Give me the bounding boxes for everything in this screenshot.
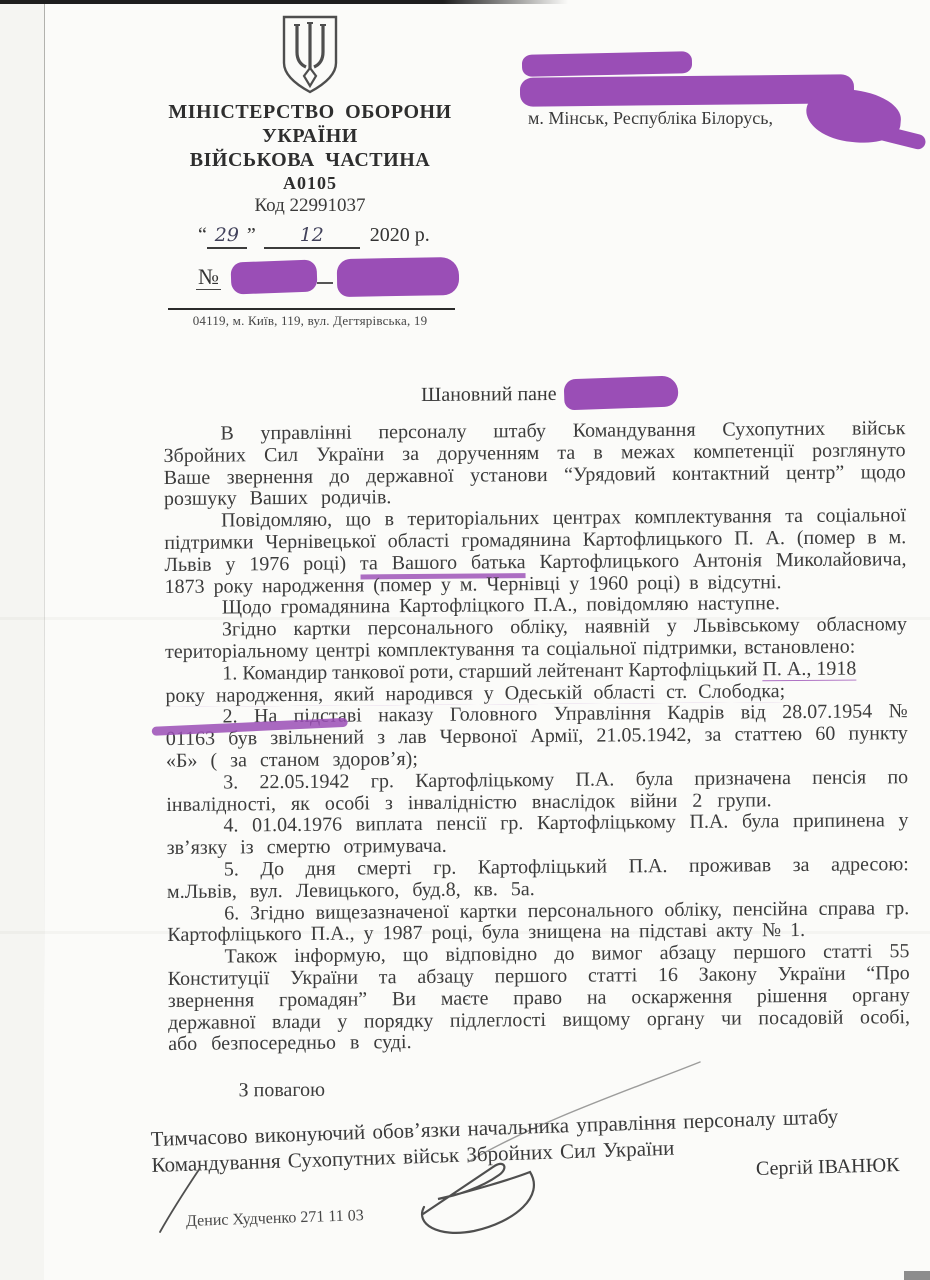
paragraph-item-3: 3. 22.05.1942 гр. Картофліцькому П.А. бу…: [166, 767, 908, 816]
scan-artifact-top-edge: [0, 0, 568, 4]
sender-postal-address: 04119, м. Київ, 119, вул. Дегтярівська, …: [160, 313, 460, 329]
redaction-mark: [522, 51, 692, 77]
handwritten-day: 29: [215, 224, 239, 246]
military-unit-line: ВІЙСЬКОВА ЧАСТИНА: [160, 148, 460, 172]
salutation-text: Шановний пане: [421, 383, 557, 406]
letter-body: Шановний пане В управлінні персоналу шта…: [163, 375, 911, 1103]
redaction-mark: [564, 375, 679, 410]
ministry-name-line1: МІНІСТЕРСТВО ОБОРОНИ: [160, 100, 460, 124]
outgoing-number-line: №: [160, 258, 460, 296]
scan-artifact-corner: [904, 1271, 930, 1280]
letterhead: МІНІСТЕРСТВО ОБОРОНИ УКРАЇНИ ВІЙСЬКОВА Ч…: [160, 14, 460, 329]
ukraine-trident-emblem-icon: [280, 14, 340, 96]
paragraph-relatives: Повідомляю, що в територіальних центрах …: [164, 505, 907, 598]
number-underscore: [317, 268, 333, 284]
redaction-mark: [875, 124, 927, 151]
paragraph-record-card: Згідно картки персонального обліку, наяв…: [165, 614, 907, 663]
date-quote-close: ”: [247, 224, 256, 246]
recipient-block: м. Мінськ, Республіка Білорусь,: [520, 50, 920, 160]
paragraph-item-5: 5. До дня смерті гр. Картофліцький П.А. …: [167, 854, 909, 903]
recipient-city-line: м. Мінськ, Республіка Білорусь,: [528, 108, 773, 129]
executor-contact-line: Денис Худченко 271 11 03: [186, 1207, 364, 1231]
letterhead-divider-rule: [168, 308, 455, 310]
signer-name: Сергій ІВАНЮК: [756, 1154, 900, 1181]
closing-regards: З повагою: [238, 1074, 910, 1102]
paragraph-item-6: 6. Згідно вищезазначеної картки персонал…: [167, 898, 909, 947]
handwritten-month: 12: [300, 224, 324, 246]
redaction-mark: [520, 74, 854, 106]
paragraph-item-4: 4. 01.04.1976 виплата пенсії гр. Картофл…: [166, 811, 908, 860]
military-unit-number: А0105: [160, 172, 460, 194]
paragraph-item-2: 2. На підставі наказу Головного Управлін…: [166, 702, 908, 773]
scanned-letter-page: МІНІСТЕРСТВО ОБОРОНИ УКРАЇНИ ВІЙСЬКОВА Ч…: [0, 0, 930, 1280]
ministry-name-line2: УКРАЇНИ: [160, 124, 460, 148]
paragraph-intro: В управлінні персоналу штабу Командуванн…: [163, 418, 906, 511]
date-year: 2020 р.: [370, 224, 430, 246]
salutation-line: Шановний пане: [421, 375, 905, 410]
redaction-mark: [337, 257, 460, 297]
date-quote-open: “: [198, 224, 207, 246]
redaction-mark: [230, 260, 317, 295]
number-sign-label: №: [196, 264, 221, 290]
scan-artifact-page-edge: [44, 4, 45, 1014]
date-line: “29”122020 р.: [160, 224, 460, 249]
paragraph-appeal-rights: Також інформую, що відповідно до вимог а…: [167, 941, 910, 1056]
unit-code: Код 22991037: [160, 194, 460, 218]
paragraph-item-1: 1. Командир танкової роти, старший лейте…: [165, 658, 907, 707]
scan-left-strip: [0, 0, 44, 1280]
